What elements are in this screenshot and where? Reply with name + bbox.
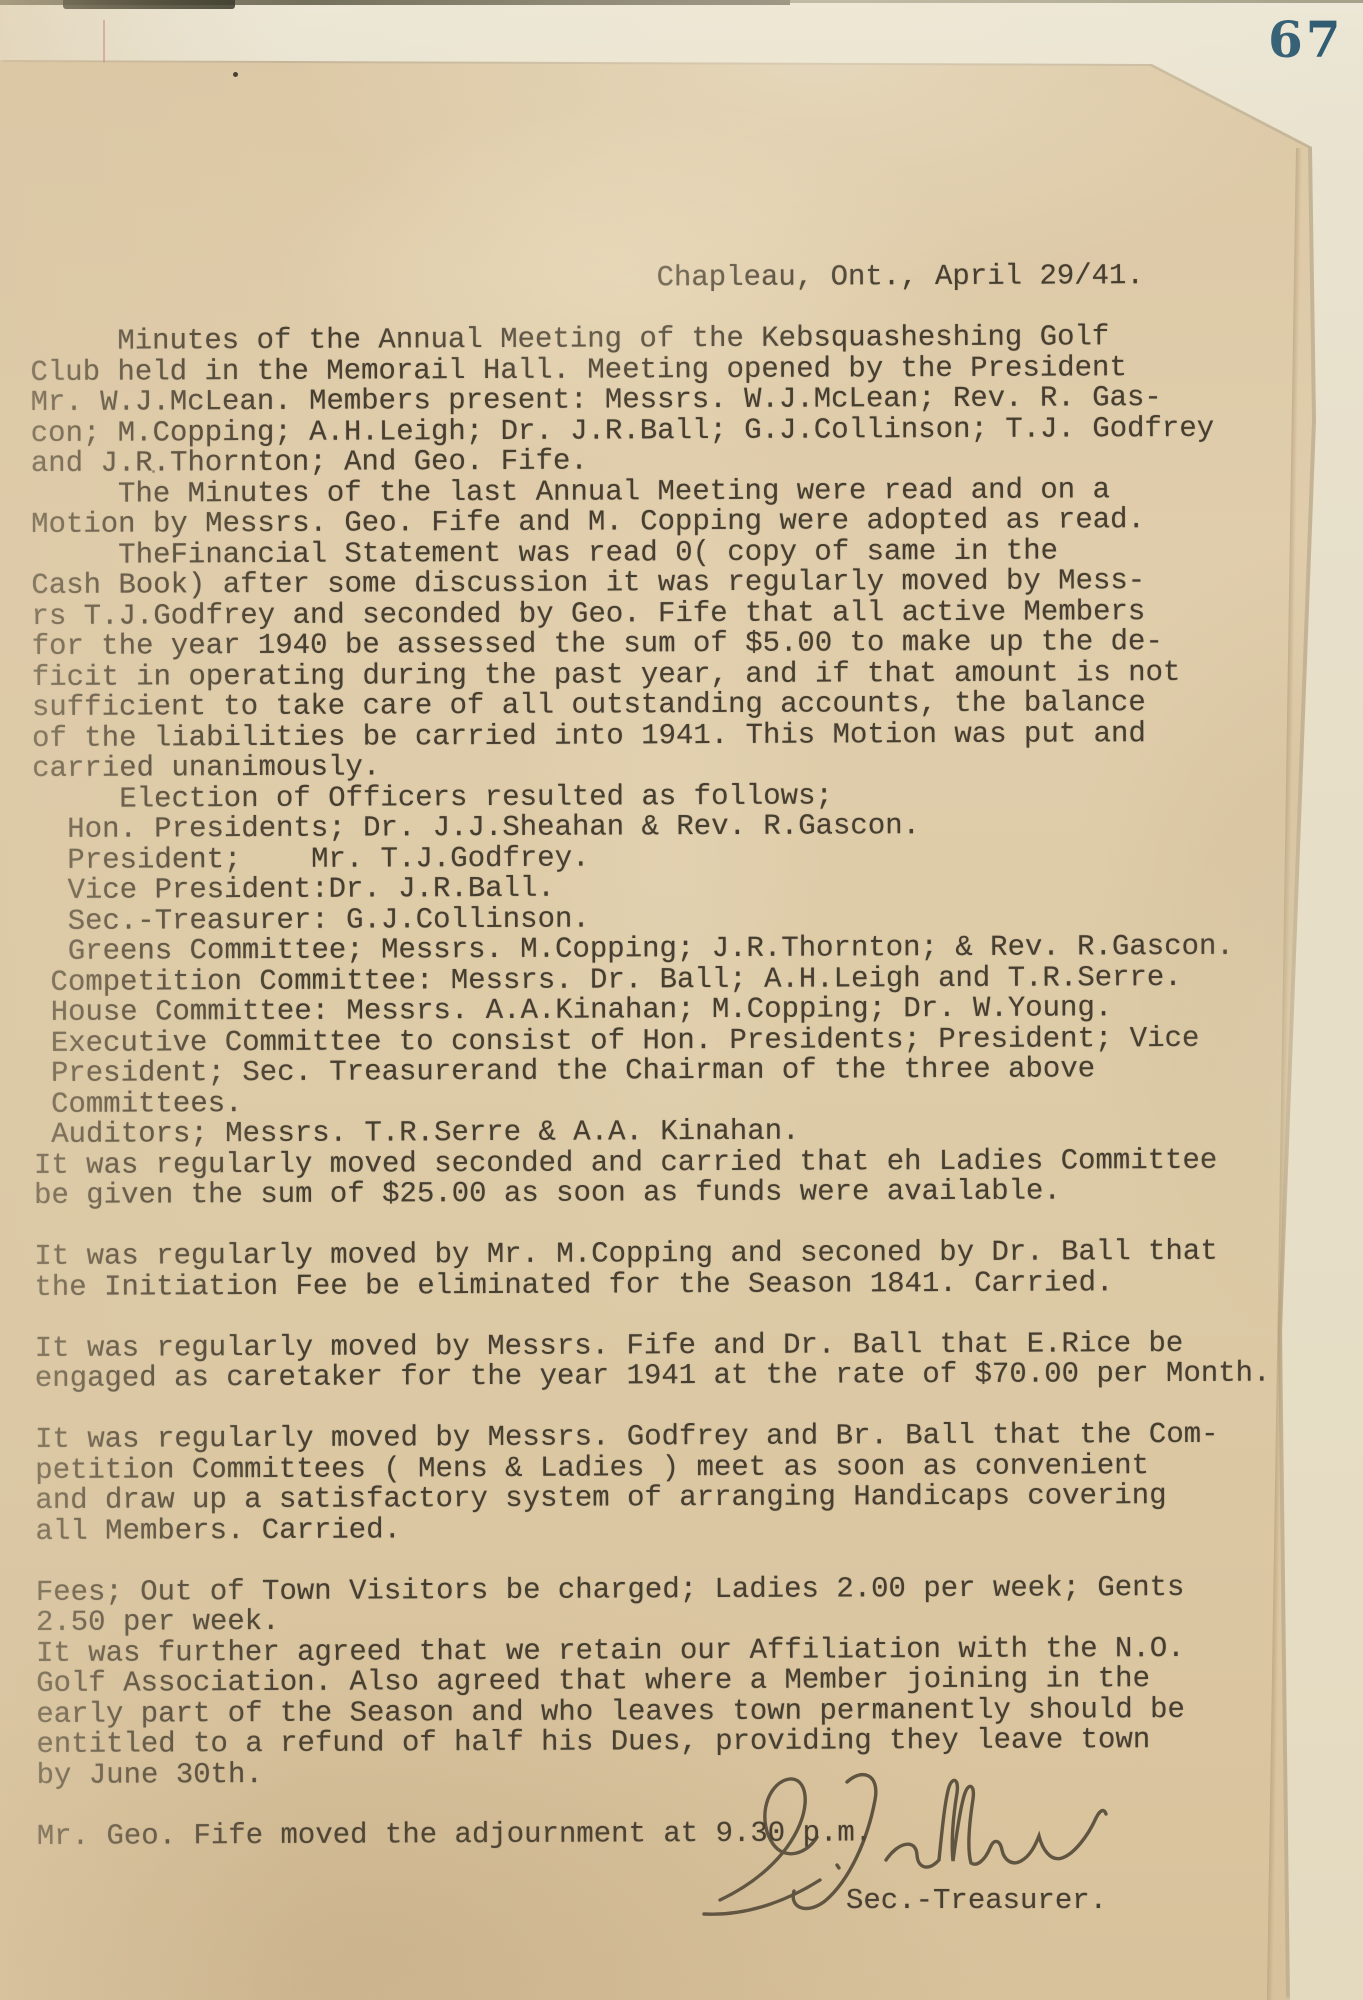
- typed-line: and draw up a satisfactory system of arr…: [35, 1481, 1271, 1517]
- typed-text-body: Chapleau, Ont., April 29/41. Minutes of …: [30, 261, 1273, 1852]
- binding-mark: [63, 0, 235, 9]
- typed-line: the Initiation Fee be eliminated for the…: [34, 1267, 1270, 1303]
- typed-line: President; Sec. Treasurerand the Chairma…: [33, 1054, 1269, 1090]
- typed-line: con; M.Copping; A.H.Leigh; Dr. J.R.Ball;…: [31, 413, 1267, 449]
- book-top-edge-light: [790, 0, 1363, 3]
- typed-line: Chapleau, Ont., April 29/41.: [30, 261, 1266, 297]
- typed-line: Fees; Out of Town Visitors be charged; L…: [36, 1572, 1272, 1608]
- typed-line: Motion by Messrs. Geo. Fife and M. Coppi…: [31, 505, 1267, 541]
- typed-line: entitled to a refund of half his Dues, p…: [36, 1725, 1272, 1761]
- typed-line: of the liabilities be carried into 1941.…: [32, 718, 1268, 754]
- signature-title: Sec.-Treasurer.: [846, 1884, 1107, 1917]
- typed-line: engaged as caretaker for the year 1941 a…: [35, 1359, 1271, 1395]
- ink-speck: [233, 72, 238, 77]
- page-number-stamp: 67: [1268, 10, 1344, 69]
- scanned-minutes-page: { "document": { "page_number": "67", "da…: [0, 0, 1363, 2000]
